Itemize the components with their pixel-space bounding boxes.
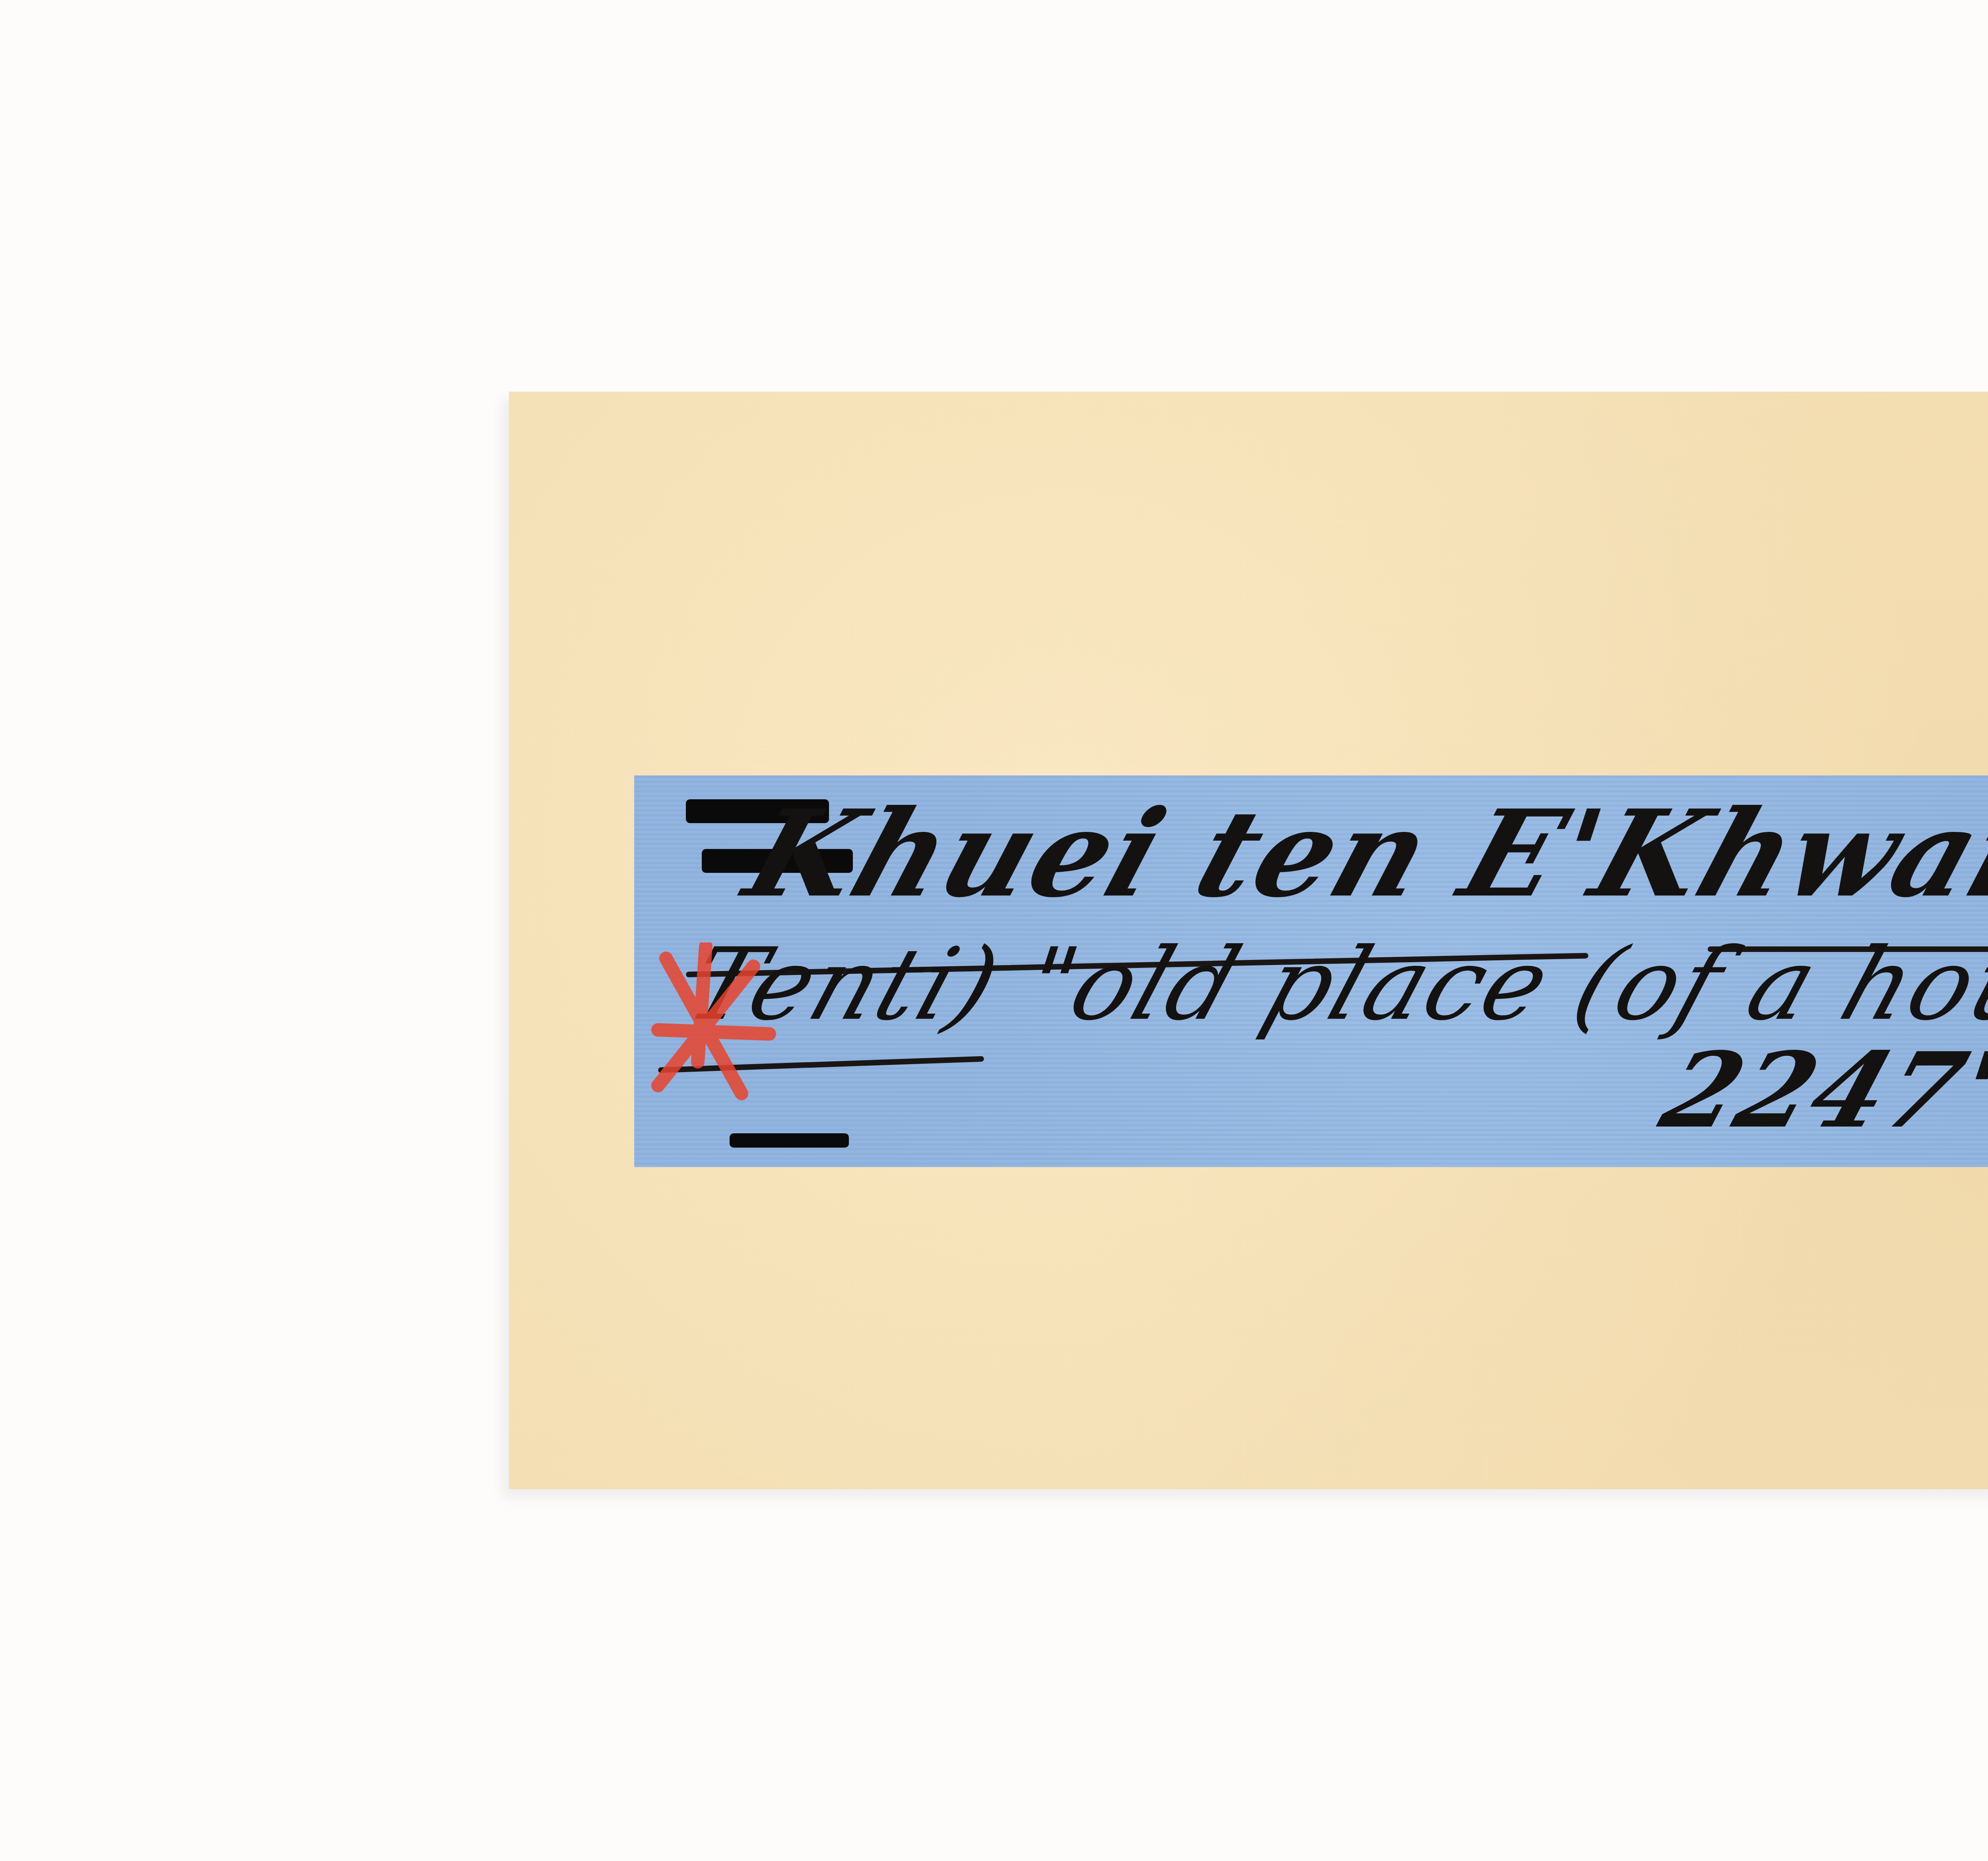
red-cross-mark-icon <box>650 942 777 1109</box>
handwritten-line-1: Khuei ten E'Khwai <box>731 783 1988 924</box>
handwritten-line-3: 2247'19, <box>1648 1030 1988 1151</box>
handwritten-slip: Khuei ten E'Khwai Tenti) "old place (of … <box>634 775 1988 1167</box>
ink-bar-mark <box>730 1133 849 1148</box>
handwritten-line-2: Tenti) "old place (of a house)" <box>675 927 1988 1042</box>
